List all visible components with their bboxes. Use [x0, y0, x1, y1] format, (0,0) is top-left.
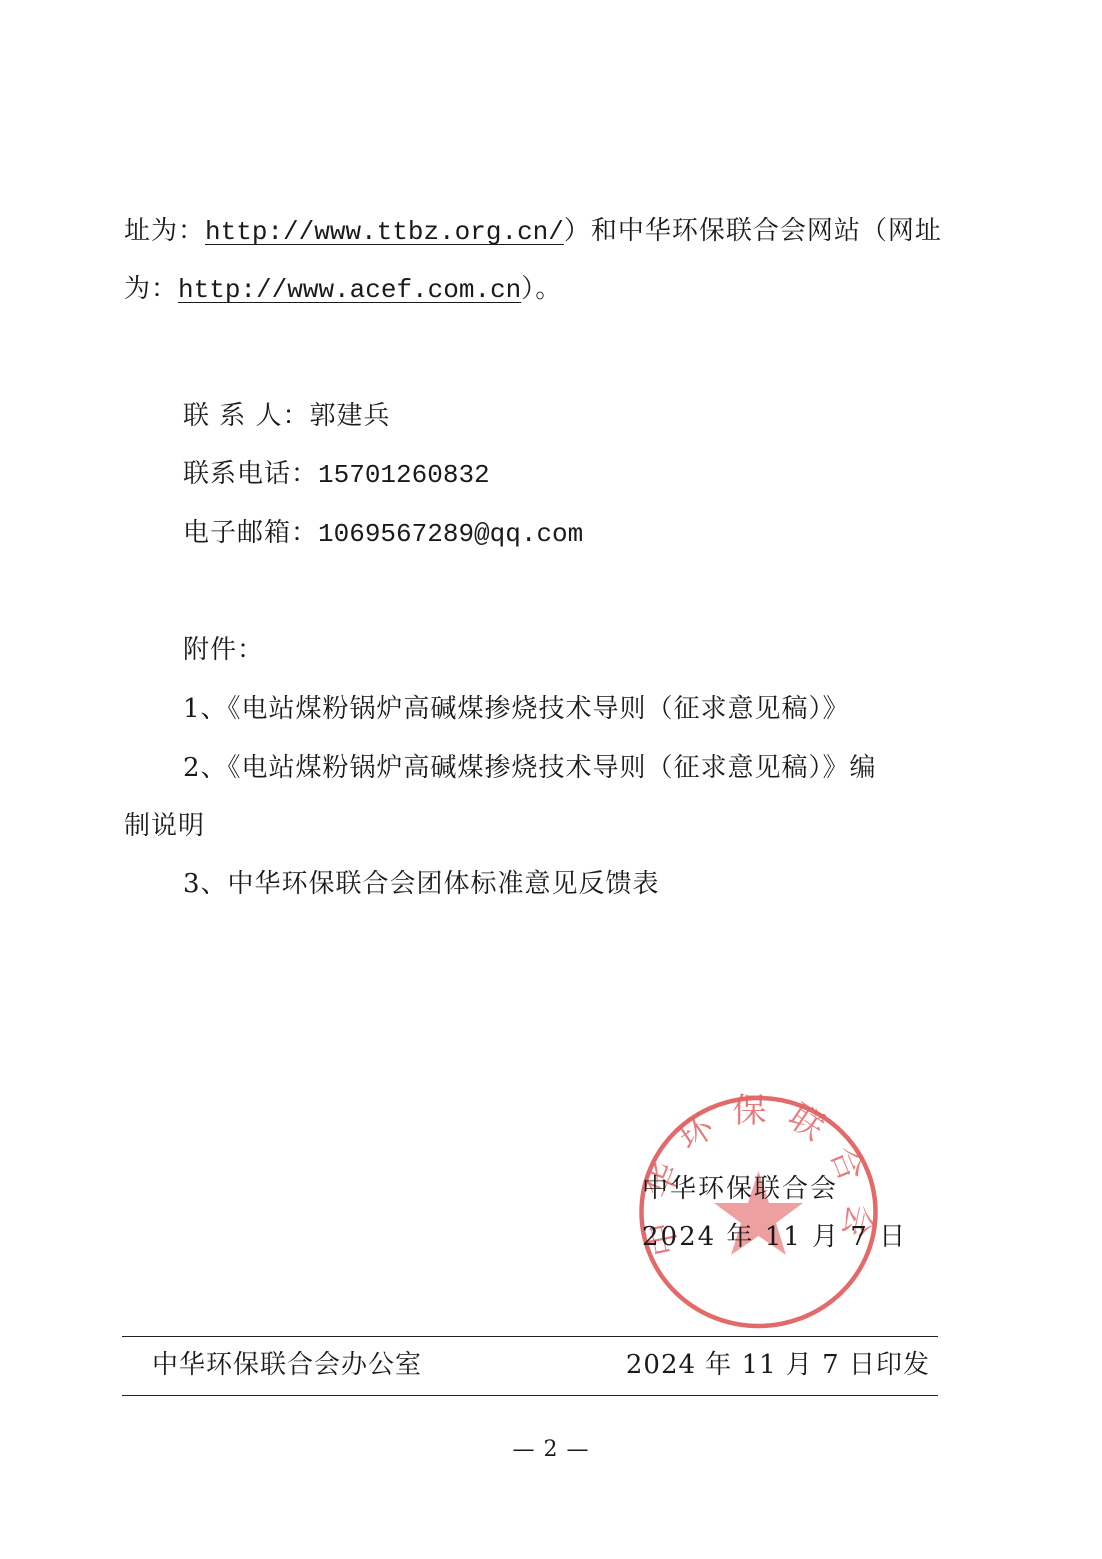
- contact-email-label: 电子邮箱：: [183, 518, 318, 548]
- line1-suffix: ）和中华环保联合会网站（网址: [564, 216, 942, 246]
- contact-person-label: 联 系 人：: [183, 401, 310, 431]
- contact-phone-value: 15701260832: [318, 460, 490, 490]
- contact-email-value[interactable]: 1069567289@qq.com: [318, 519, 583, 549]
- body-line-2: 为：http://www.acef.com.cn）。: [124, 272, 562, 307]
- contact-email: 电子邮箱：1069567289@qq.com: [183, 516, 583, 551]
- line1-prefix: 址为：: [124, 216, 205, 246]
- attachment-item-2-continuation: 制说明: [124, 809, 205, 843]
- official-seal-icon: 中华环保联合会: [637, 1093, 880, 1331]
- ttbz-url-link[interactable]: http://www.ttbz.org.cn/: [205, 217, 564, 247]
- contact-phone: 联系电话：15701260832: [183, 457, 490, 492]
- footer-office: 中华环保联合会办公室: [152, 1348, 422, 1382]
- footer-issued-date: 2024 年 11 月 7 日印发: [626, 1348, 930, 1382]
- page-number: — 2 —: [0, 1433, 1102, 1467]
- body-line-1: 址为：http://www.ttbz.org.cn/）和中华环保联合会网站（网址: [124, 214, 942, 249]
- attachments-heading: 附件：: [183, 633, 264, 667]
- footer-bottom-rule: [122, 1395, 938, 1396]
- acef-url-link[interactable]: http://www.acef.com.cn: [178, 275, 521, 305]
- signature-organization: 中华环保联合会: [642, 1172, 838, 1206]
- line2-prefix: 为：: [124, 274, 178, 304]
- attachment-item-1: 1、《电站煤粉锅炉高碱煤掺烧技术导则（征求意见稿）》: [183, 692, 850, 726]
- footer-top-rule: [122, 1336, 938, 1337]
- signature-date: 2024 年 11 月 7 日: [642, 1220, 907, 1254]
- attachment-item-3: 3、中华环保联合会团体标准意见反馈表: [183, 867, 660, 901]
- contact-person: 联 系 人：郭建兵: [183, 399, 391, 433]
- contact-person-value: 郭建兵: [310, 401, 391, 431]
- contact-phone-label: 联系电话：: [183, 459, 318, 489]
- line2-suffix: ）。: [521, 274, 562, 304]
- attachment-item-2: 2、《电站煤粉锅炉高碱煤掺烧技术导则（征求意见稿）》编: [183, 751, 877, 785]
